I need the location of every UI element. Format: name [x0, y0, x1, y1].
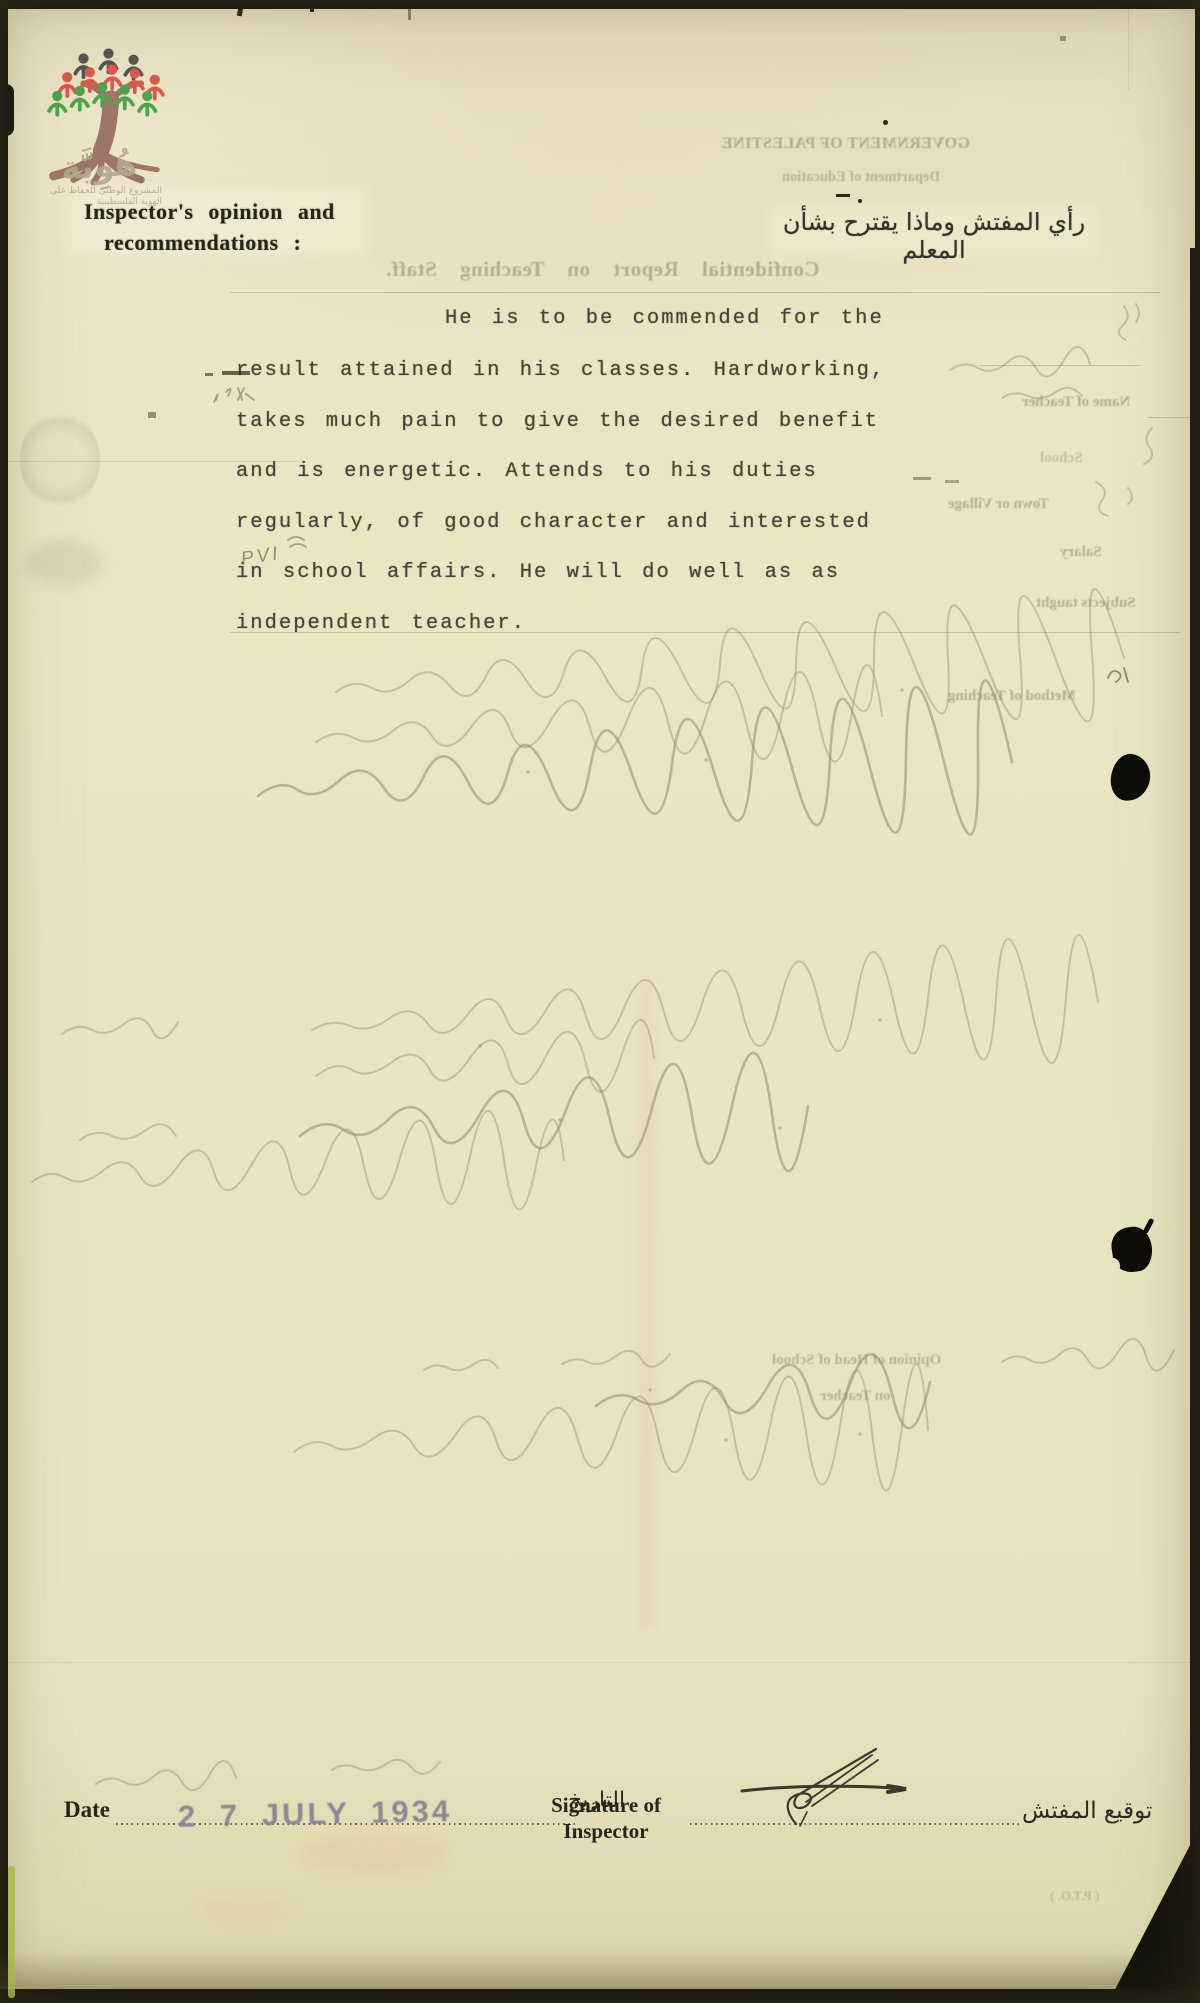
inspector-signature — [742, 1749, 906, 1826]
ink-speck — [408, 8, 411, 20]
ink-speck — [945, 480, 959, 483]
scan-edge-right — [1190, 248, 1200, 2003]
heading-line1: Inspector's opinion and — [84, 196, 335, 227]
ink-speck — [222, 371, 250, 375]
ink-blob — [1109, 752, 1153, 803]
typed-line: in school affairs. He will do well as as — [236, 561, 840, 584]
scan-edge-right — [1195, 0, 1200, 250]
ghost-opinion-of-head-label: Opinion of Head of School — [772, 1352, 941, 1369]
ghost-government-of-palestine: GOVERNMENT OF PALESTINE — [755, 135, 970, 153]
typed-line: result attained in his classes. Hardwork… — [236, 359, 885, 382]
ghost-subjects-taught-label: Subjects taught — [1036, 595, 1136, 612]
ghost-pto-label: ( P.T.O. ) — [1050, 1888, 1099, 1904]
ghost-name-of-teacher-label: Name of Teacher — [1022, 394, 1130, 411]
signature-dotted-line — [690, 1823, 1022, 1825]
corner-fold — [1128, 4, 1200, 100]
paper-stain — [20, 410, 100, 510]
scan-edge-blotch — [0, 84, 14, 136]
typed-line: independent teacher. — [236, 612, 526, 635]
scan-edge-top — [0, 0, 1200, 9]
scan-discoloration — [300, 1832, 450, 1874]
ink-speck — [205, 373, 213, 376]
date-stamp: 2 7 JULY 1934 — [178, 1793, 453, 1835]
signature-label: Signature of Inspector — [550, 1792, 662, 1844]
scan-edge-shadow — [0, 1950, 1200, 1992]
ghost-confidential-report-title: Confidential Report on Teaching Staff. — [295, 257, 910, 282]
signature-label-line2: Inspector — [550, 1818, 662, 1844]
ink-speck — [858, 199, 862, 203]
ghost-on-teacher-label: on Teacher — [820, 1388, 890, 1405]
ink-blob-notch — [1106, 1258, 1120, 1274]
ghost-handwriting-block-c — [294, 1339, 1174, 1491]
ghost-handwriting-footer — [96, 1760, 440, 1791]
typed-line: regularly, of good character and interes… — [236, 511, 871, 534]
scan-edge-bottom — [0, 1989, 1200, 2003]
ghost-town-or-village-label: Town or Village — [948, 496, 1049, 513]
ghost-school-label: School — [1040, 450, 1083, 467]
scan-discoloration — [636, 980, 656, 1630]
ghost-department-of-education: Department of Education — [772, 169, 950, 186]
paper-stain — [26, 540, 102, 586]
ghost-rule-line — [980, 365, 1140, 366]
scan-corner-cut — [1108, 1826, 1200, 2003]
signature-label-line1: Signature of — [550, 1792, 662, 1818]
ghost-method-of-teaching-label: Method of Teaching — [948, 688, 1076, 705]
handwriting-overlay — [0, 0, 1200, 2003]
section-heading-arabic: رأي المفتش وماذا يقترح بشأن المعلم — [778, 208, 1090, 264]
signature-label-arabic: توقيع المفتش — [1022, 1798, 1194, 1824]
scan-edge-green-sliver — [8, 1866, 15, 1998]
heading-line2: recommendations : — [84, 227, 335, 258]
scan-discoloration — [196, 1896, 296, 1926]
ghost-handwriting-block-b — [32, 935, 1098, 1210]
section-heading-english: Inspector's opinion and recommendations … — [84, 196, 335, 258]
typed-line: He is to be commended for the — [445, 307, 884, 330]
date-label: Date — [64, 1797, 110, 1823]
typed-line: takes much pain to give the desired bene… — [236, 410, 879, 433]
ghost-salary-label: Salary — [1060, 544, 1102, 561]
ink-blob — [1143, 1218, 1155, 1234]
scan-edge-left — [0, 0, 8, 2003]
ink-speck — [836, 194, 850, 197]
ink-speck — [1060, 36, 1066, 41]
typed-line: and is energetic. Attends to his duties — [236, 460, 818, 483]
scanned-document-page: هُوِيَّة المشروع الوطني للحفاظ على الهوي… — [0, 0, 1200, 2003]
logo-calligraphy: هُوِيَّة — [43, 142, 155, 189]
ink-speck — [883, 120, 888, 125]
ink-speck — [148, 412, 156, 418]
paper-crease — [0, 1662, 1200, 1663]
ghost-rule-line — [230, 292, 1160, 293]
ink-speck — [913, 477, 931, 480]
